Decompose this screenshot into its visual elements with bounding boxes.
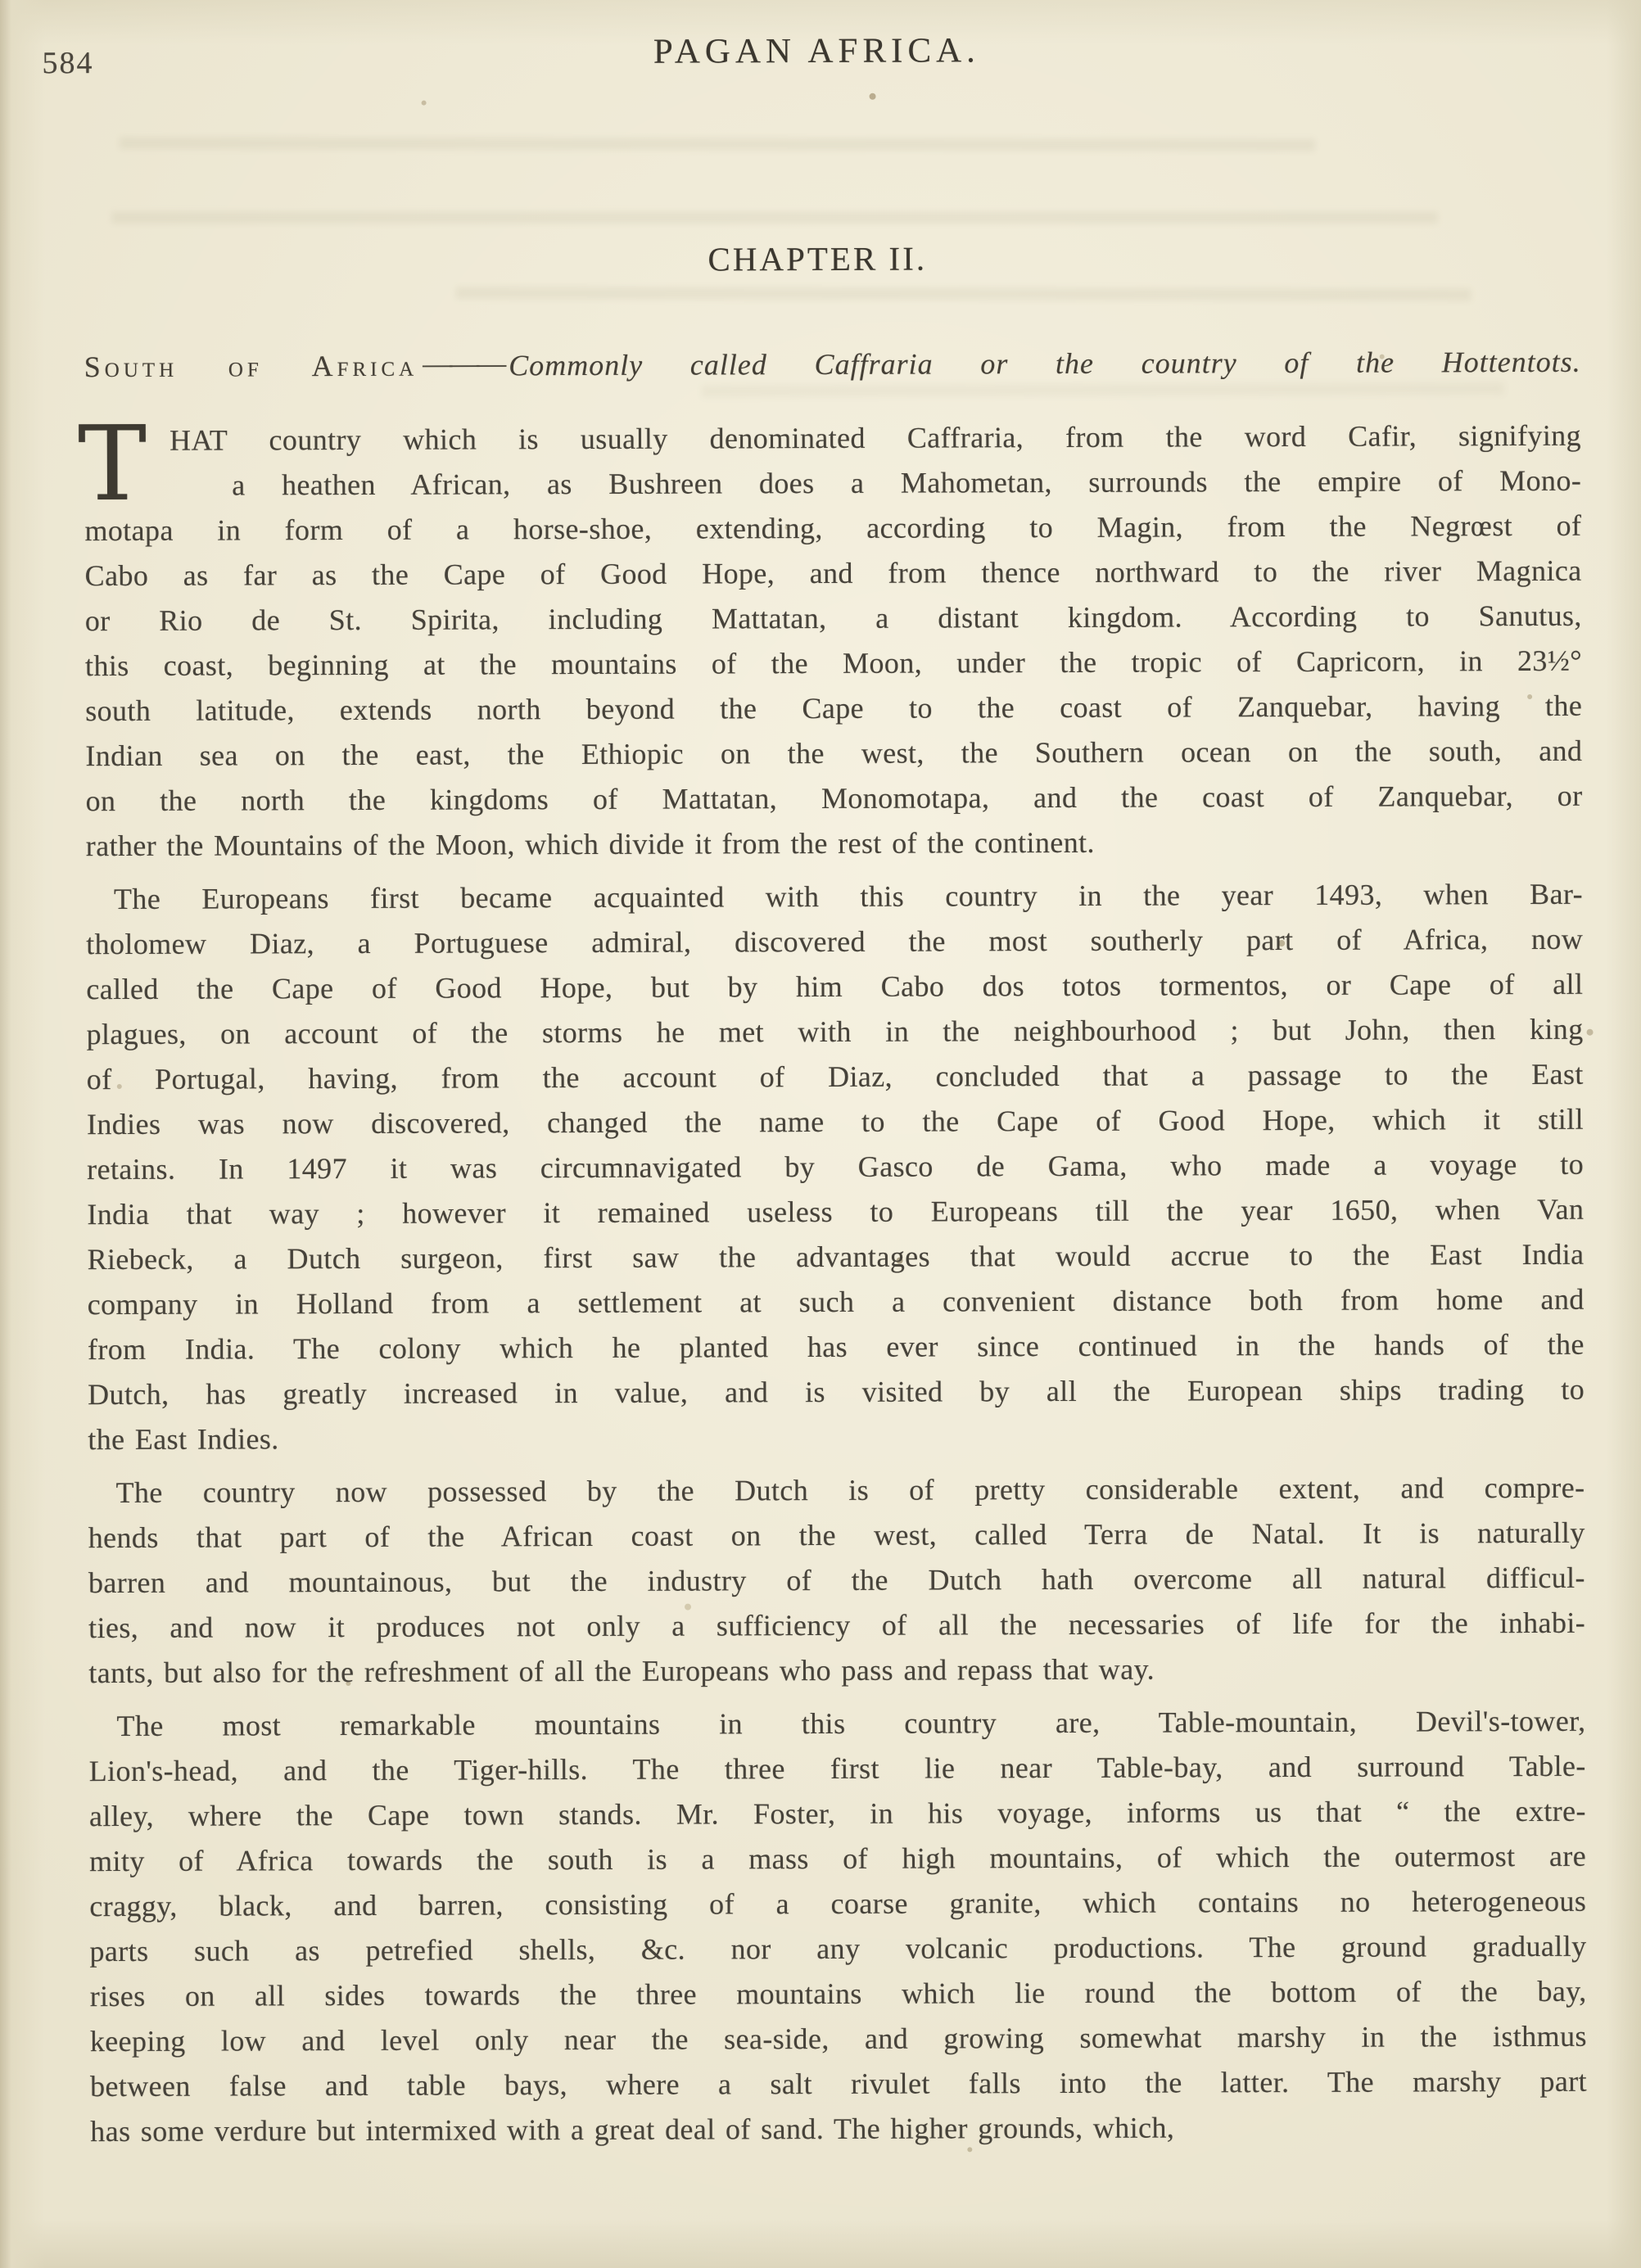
book-page: 584 PAGAN AFRICA. CHAPTER II. South of A… [0, 0, 1641, 2268]
paragraph-2: The Europeans first became acquainted wi… [86, 872, 1584, 1462]
subtitle-smallcaps: South of Africa [84, 350, 418, 383]
drop-cap-initial: T [78, 420, 147, 508]
text-line: plagues, on account of the storms he met… [86, 1007, 1583, 1057]
text-line: Indies was now discovered, changed the n… [87, 1097, 1584, 1147]
text-line: alley, where the Cape town stands. Mr. F… [89, 1789, 1586, 1839]
chapter-heading: CHAPTER II. [0, 237, 1638, 282]
text-line: The Europeans first became acquainted wi… [86, 872, 1583, 922]
text-line: the East Indies. [88, 1412, 1584, 1462]
bleedthrough-ghost [702, 382, 1504, 414]
bleedthrough-ghost [120, 137, 1315, 172]
text-line: ties, and now it produces not only a suf… [88, 1601, 1585, 1651]
text-line: rises on all sides towards the three mou… [90, 1969, 1587, 2019]
body-text: T HAT country which is usually denominat… [84, 413, 1587, 2154]
text-line: Dutch, has greatly increased in value, a… [88, 1367, 1584, 1417]
text-line: Lion's-head, and the Tiger-hills. The th… [89, 1744, 1586, 1794]
paragraph-1: T HAT country which is usually denominat… [84, 413, 1583, 869]
text-line: has some verdure but intermixed with a g… [90, 2104, 1587, 2154]
text-line: or Rio de St. Spirita, including Mattata… [85, 594, 1582, 644]
text-line: The country now possessed by the Dutch i… [88, 1466, 1584, 1516]
text-line: called the Cape of Good Hope, but by him… [86, 962, 1583, 1012]
text-line: HAT country which is usually denominated… [84, 413, 1581, 463]
chapter-subtitle: South of Africa———Commonly called Caffra… [84, 345, 1581, 384]
text-line: on the north the kingdoms of Mattatan, M… [85, 774, 1582, 824]
subtitle-italic: Commonly called Caffraria or the country… [509, 346, 1581, 382]
text-line: India that way ; however it remained use… [87, 1187, 1584, 1237]
text-line: motapa in form of a horse-shoe, extendin… [84, 504, 1581, 553]
text-line: tholomew Diaz, a Portuguese admiral, dis… [86, 917, 1583, 967]
text-line: from India. The colony which he planted … [88, 1322, 1584, 1372]
text-line: Indian sea on the east, the Ethiopic on … [85, 729, 1582, 779]
paragraph-4: The most remarkable mountains in this co… [88, 1699, 1587, 2154]
text-line: between false and table bays, where a sa… [90, 2059, 1587, 2109]
bleedthrough-ghost [455, 287, 1471, 319]
text-line: tants, but also for the refreshment of a… [88, 1646, 1585, 1696]
text-line: rather the Mountains of the Moon, which … [86, 819, 1583, 869]
text-line: Cabo as far as the Cape of Good Hope, an… [85, 549, 1582, 599]
text-line: a heathen African, as Bushreen does a Ma… [84, 459, 1581, 508]
text-line: Riebeck, a Dutch surgeon, first saw the … [87, 1232, 1584, 1282]
text-line: parts such as petrefied shells, &c. nor … [89, 1924, 1586, 1974]
text-line: hends that part of the African coast on … [88, 1511, 1585, 1561]
text-line: retains. In 1497 it was circumnavigated … [87, 1142, 1584, 1192]
text-line: south latitude, extends north beyond the… [85, 684, 1582, 734]
text-line: craggy, black, and barren, consisting of… [89, 1879, 1586, 1929]
text-line: this coast, beginning at the mountains o… [85, 639, 1582, 689]
text-line: of Portugal, having, from the account of… [87, 1052, 1584, 1102]
text-line: company in Holland from a settlement at … [88, 1277, 1584, 1327]
subtitle-dash-rule: ——— [423, 346, 504, 379]
running-title: PAGAN AFRICA. [0, 29, 1637, 75]
text-line: barren and mountainous, but the industry… [88, 1556, 1585, 1606]
text-line: keeping low and level only near the sea-… [90, 2014, 1587, 2064]
text-line: mity of Africa towards the south is a ma… [89, 1834, 1586, 1884]
paragraph-3: The country now possessed by the Dutch i… [88, 1466, 1585, 1696]
text-line: The most remarkable mountains in this co… [88, 1699, 1585, 1749]
